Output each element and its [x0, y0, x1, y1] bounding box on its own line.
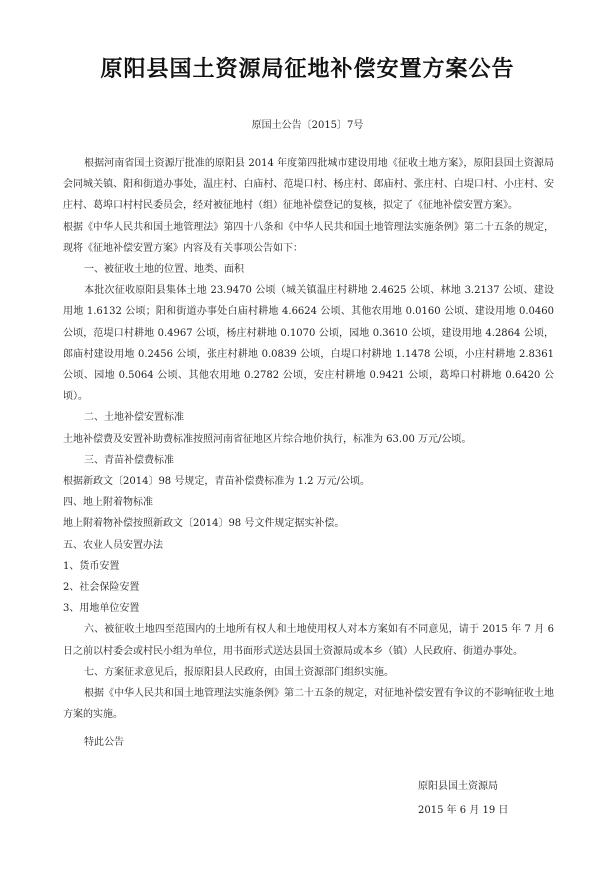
paragraph-crop-compensation: 根据新政文〔2014〕98 号规定，青苗补偿费标准为 1.2 万元/公顷。: [63, 471, 554, 492]
section-heading-4: 四、地上附着物标准: [63, 492, 554, 513]
section-7-implementation: 七、方案征求意见后，报原阳县人民政府，由国土资源部门组织实施。: [63, 662, 554, 683]
section-heading-5: 五、农业人员安置办法: [63, 535, 554, 556]
section-6-objections: 六、被征收土地四至范围内的土地所有权人和土地使用权人对本方案如有不同意见，请于 …: [63, 619, 554, 661]
paragraph-legal-basis: 根据《中华人民共和国土地管理法》第四十八条和《中华人民共和国土地管理法实施条例》…: [63, 217, 554, 259]
list-item-3: 3、用地单位安置: [63, 598, 554, 619]
section-heading-1: 一、被征收土地的位置、地类、面积: [63, 259, 554, 280]
paragraph-intro: 根据河南省国土资源厅批准的原阳县 2014 年度第四批城市建设用地《征收土地方案…: [63, 153, 554, 217]
paragraph-dispute-clause: 根据《中华人民共和国土地管理法实施条例》第二十五条的规定，对征地补偿安置有争议的…: [63, 683, 554, 725]
paragraph-compensation-standard: 土地补偿费及安置补助费标准按照河南省征地区片综合地价执行，标准为 63.00 万…: [63, 429, 554, 450]
document-title: 原阳县国土资源局征地补偿安置方案公告: [0, 52, 615, 83]
list-item-1: 1、货币安置: [63, 556, 554, 577]
section-heading-3: 三、青苗补偿费标准: [63, 450, 554, 471]
paragraph-attachments: 地上附着物补偿按照新政文〔2014〕98 号文件规定据实补偿。: [63, 513, 554, 534]
closing-text: 特此公告: [84, 733, 124, 748]
section-heading-2: 二、土地补偿安置标准: [63, 407, 554, 428]
issuer-name: 原阳县国土资源局: [418, 775, 508, 799]
issue-date: 2015 年 6 月 19 日: [418, 799, 508, 823]
paragraph-land-area: 本批次征收原阳县集体土地 23.9470 公顷（城关镇温庄村耕地 2.4625 …: [63, 280, 554, 407]
signature-block: 原阳县国土资源局 2015 年 6 月 19 日: [418, 775, 508, 823]
document-number: 原国土公告〔2015〕7号: [0, 116, 615, 131]
document-body: 根据河南省国土资源厅批准的原阳县 2014 年度第四批城市建设用地《征收土地方案…: [63, 153, 554, 725]
list-item-2: 2、社会保险安置: [63, 577, 554, 598]
